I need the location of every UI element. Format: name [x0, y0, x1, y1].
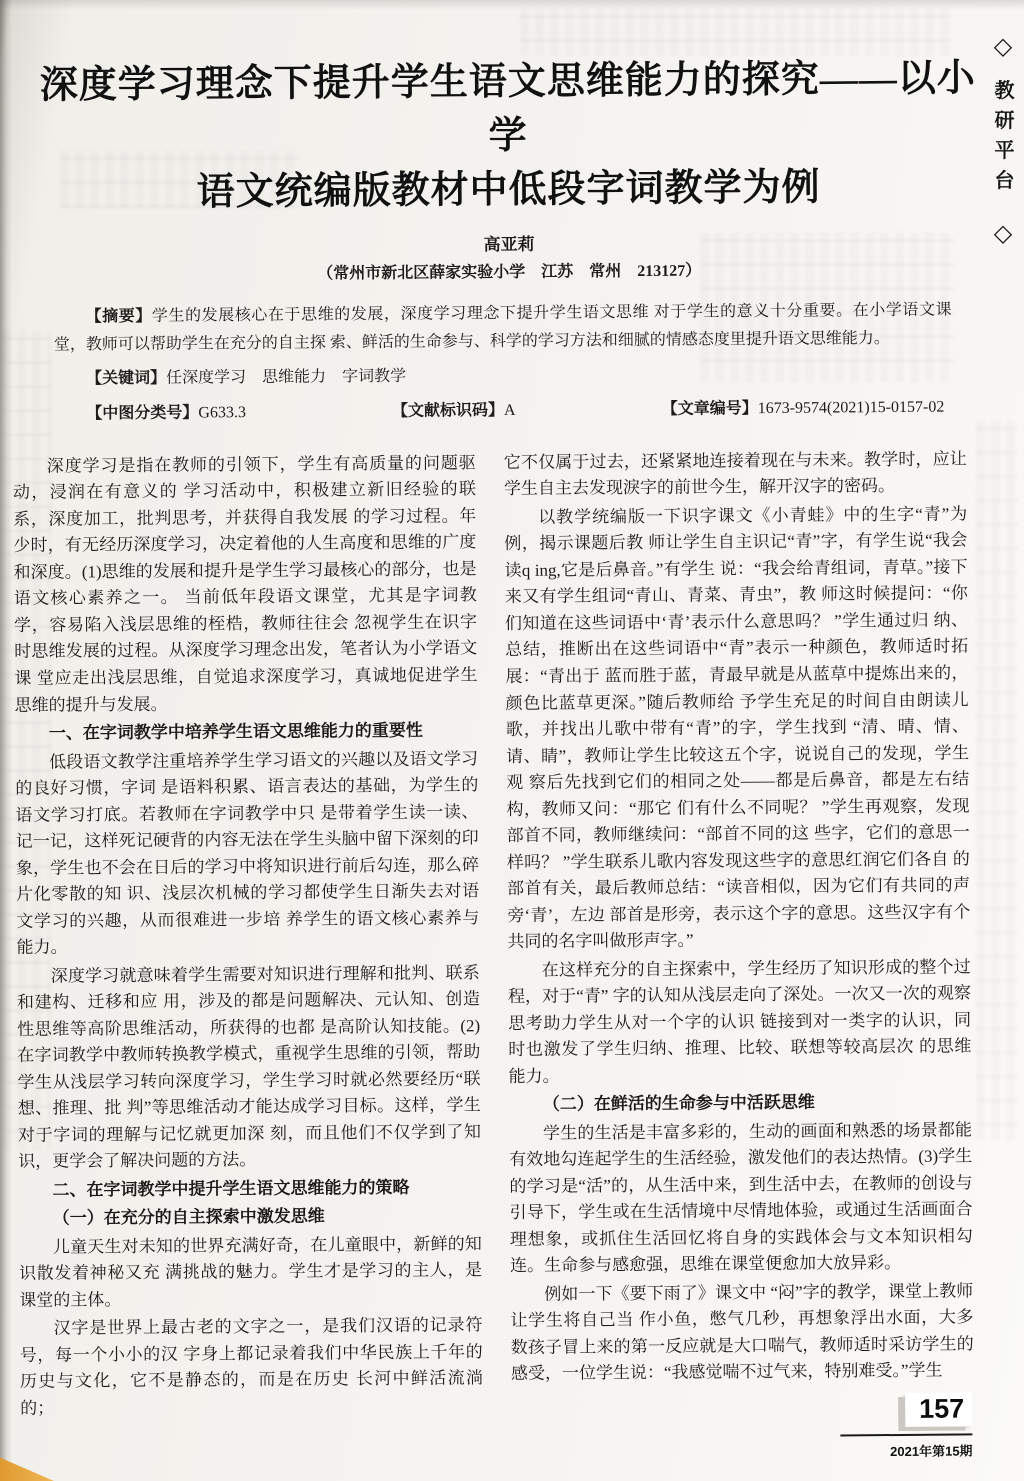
paragraph: 汉字是世界上最古老的文字之一，是我们汉语的记录符号，每一个小小的汉 字身上都记录… [19, 1313, 483, 1423]
column-tab-label: 教研平台 [991, 80, 1013, 200]
left-column: 深度学习是指在教师的引领下，学生有高质量的问题驱动，浸润在有意义的 学习活动中，… [13, 450, 484, 1424]
page-footer: 157 2021年第15期 [840, 1392, 973, 1460]
document-code-value: A [504, 402, 516, 419]
section-heading: 二、在字词教学中提升学生语文思维能力的策略 [18, 1174, 481, 1204]
article-title: 深度学习理念下提升学生语文思维能力的探究——以小学 语文统编版教材中低段字词教学… [36, 52, 981, 221]
keywords: 【关键词】任深度学习 思维能力 字词教学 [54, 358, 952, 388]
diamond-icon: ◇ [989, 28, 1016, 64]
document-code: 【文献标识码】A [392, 397, 516, 421]
journal-column-tab: ◇ 教研平台 ◇ [990, 28, 1014, 251]
document-code-label: 【文献标识码】 [392, 402, 504, 420]
paragraph: 儿童天生对未知的世界充满好奇，在儿童眼中，新鲜的知识散发着神秘又充 满挑战的魅力… [19, 1231, 483, 1314]
author-name: 高亚莉 [0, 226, 1021, 259]
paragraph: 低段语文教学注重培养学生学习语文的兴趣以及语文学习的良好习惯，字词 是语料积累、… [15, 746, 480, 962]
article-title-line1: 深度学习理念下提升学生语文思维能力的探究——以小学 [36, 52, 981, 167]
paragraph: 在这样充分的自主探索中，学生经历了知识形成的整个过程，对于“青” 字的认知从浅层… [508, 954, 972, 1090]
diamond-icon: ◇ [989, 215, 1016, 251]
journal-issue: 2021年第15期 [840, 1440, 972, 1460]
abstract-text: 学生的发展核心在于思维的发展，深度学习理念下提升学生语文思维 对于学生的意义十分… [54, 301, 952, 353]
clc-label: 【中图分类号】 [86, 404, 198, 422]
abstract-label: 【摘要】 [86, 308, 152, 326]
abstract: 【摘要】学生的发展核心在于思维的发展，深度学习理念下提升学生语文思维 对于学生的… [53, 296, 951, 359]
section-heading: 一、在字词教学中培养学生语文思维能力的重要性 [15, 717, 478, 747]
keywords-label: 【关键词】 [86, 370, 166, 388]
right-column: 它不仅属于过去，还紧紧地连接着现在与未来。教学时，应让学生自主去发现淚字的前世今… [504, 446, 975, 1420]
article-number-value: 1673-9574(2021)15-0157-02 [758, 398, 945, 416]
scanned-journal-page: ◇ 教研平台 ◇ 深度学习理念下提升学生语文思维能力的探究——以小学 语文统编版… [0, 0, 1024, 1481]
classification-row: 【中图分类号】G633.3 【文献标识码】A 【文章编号】1673-9574(2… [54, 393, 944, 423]
paragraph-continued: 它不仅属于过去，还紧紧地连接着现在与未来。教学时，应让学生自主去发现淚字的前世今… [504, 446, 967, 503]
clc-value: G633.3 [198, 404, 246, 421]
paragraph: 学生的生活是丰富多彩的，生动的画面和熟悉的场景都能有效地勾连起学生的生活经验，激… [509, 1117, 973, 1280]
article-title-line2: 语文统编版教材中低段字词教学为例 [36, 160, 980, 221]
subsection-heading: （一）在充分的自主探索中激发思维 [19, 1203, 482, 1233]
paragraph: 例如一下《要下雨了》课文中 “闷”字的教学，课堂上教师让学生将自己当 作小鱼，憋… [510, 1278, 974, 1388]
paragraph: 深度学习就意味着学生需要对知识进行理解和批判、联系和建构、迁移和应 用，涉及的都… [17, 960, 482, 1176]
article-number-label: 【文章编号】 [662, 400, 758, 418]
paragraph: 以教学统编版一下识字课文《小青蛙》中的生字“青”为例，揭示课题后教 师让学生自主… [504, 501, 971, 955]
keywords-text: 任深度学习 思维能力 字词教学 [166, 368, 406, 387]
footer-divider [840, 1433, 972, 1436]
page-number: 157 [905, 1392, 972, 1427]
article-number: 【文章编号】1673-9574(2021)15-0157-02 [662, 393, 945, 418]
paragraph: 深度学习是指在教师的引领下，学生有高质量的问题驱动，浸润在有意义的 学习活动中，… [13, 450, 478, 719]
author-affiliation: （常州市新北区薛家实验小学 江苏 常州 213127） [0, 255, 1021, 286]
clc-number: 【中图分类号】G633.3 [54, 399, 246, 424]
body-columns: 深度学习是指在教师的引领下，学生有高质量的问题驱动，浸润在有意义的 学习活动中，… [13, 446, 975, 1424]
subsection-heading: （二）在鲜活的生命参与中活跃思维 [509, 1089, 972, 1119]
